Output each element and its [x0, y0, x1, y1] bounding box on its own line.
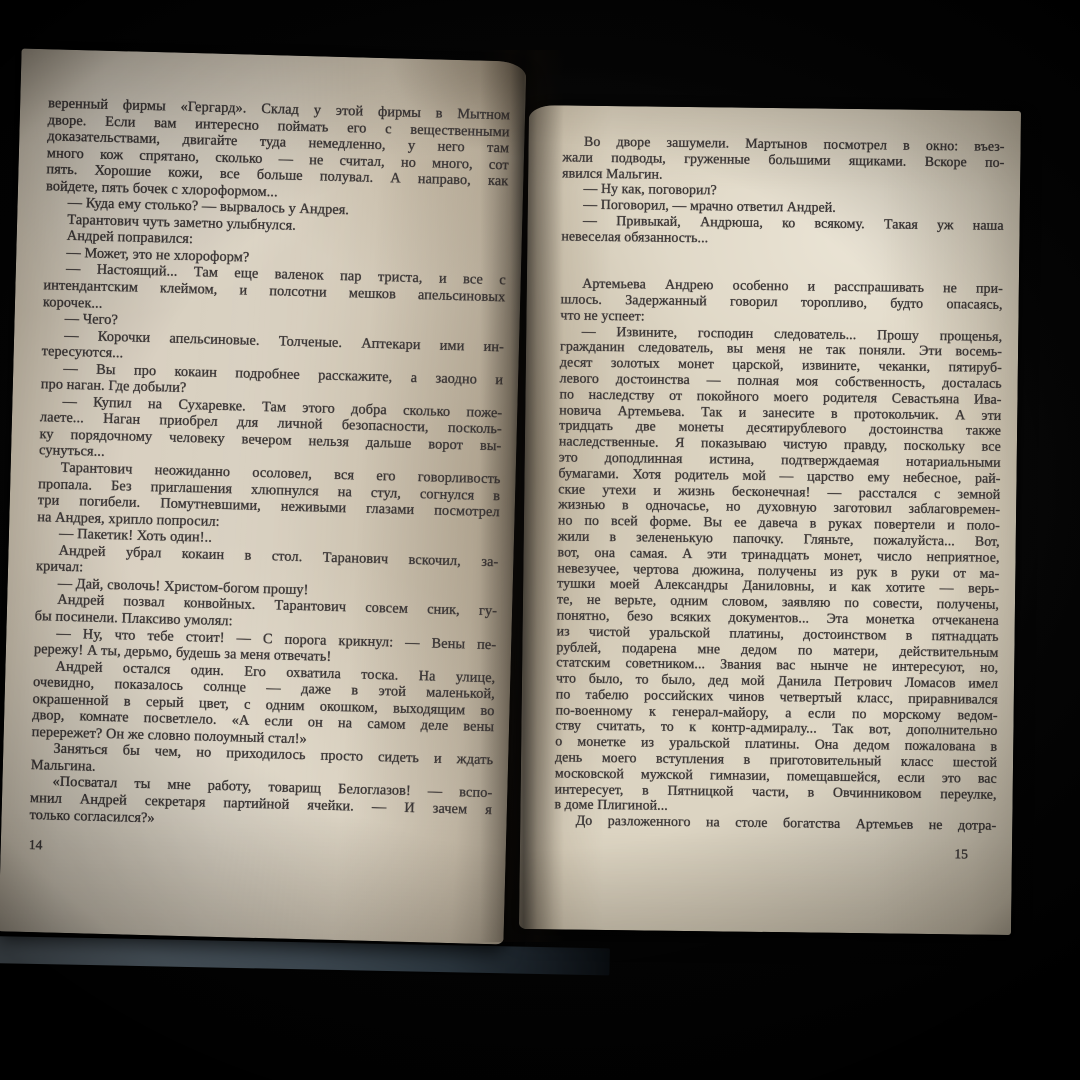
right-page: Во дворе зашумели. Мартынов посмотрел в …	[519, 105, 1021, 935]
right-page-text: Во дворе зашумели. Мартынов посмотрел в …	[554, 133, 1004, 833]
left-page-number: 14	[29, 837, 43, 853]
left-page-text: веренный фирмы «Гергард». Склад у этой ф…	[29, 95, 510, 835]
left-page: веренный фирмы «Гергард». Склад у этой ф…	[0, 49, 526, 945]
book-cover-bottom-edge	[0, 936, 610, 975]
right-page-number: 15	[554, 841, 968, 862]
photo-black-background: веренный фирмы «Гергард». Склад у этой ф…	[0, 0, 1080, 1080]
